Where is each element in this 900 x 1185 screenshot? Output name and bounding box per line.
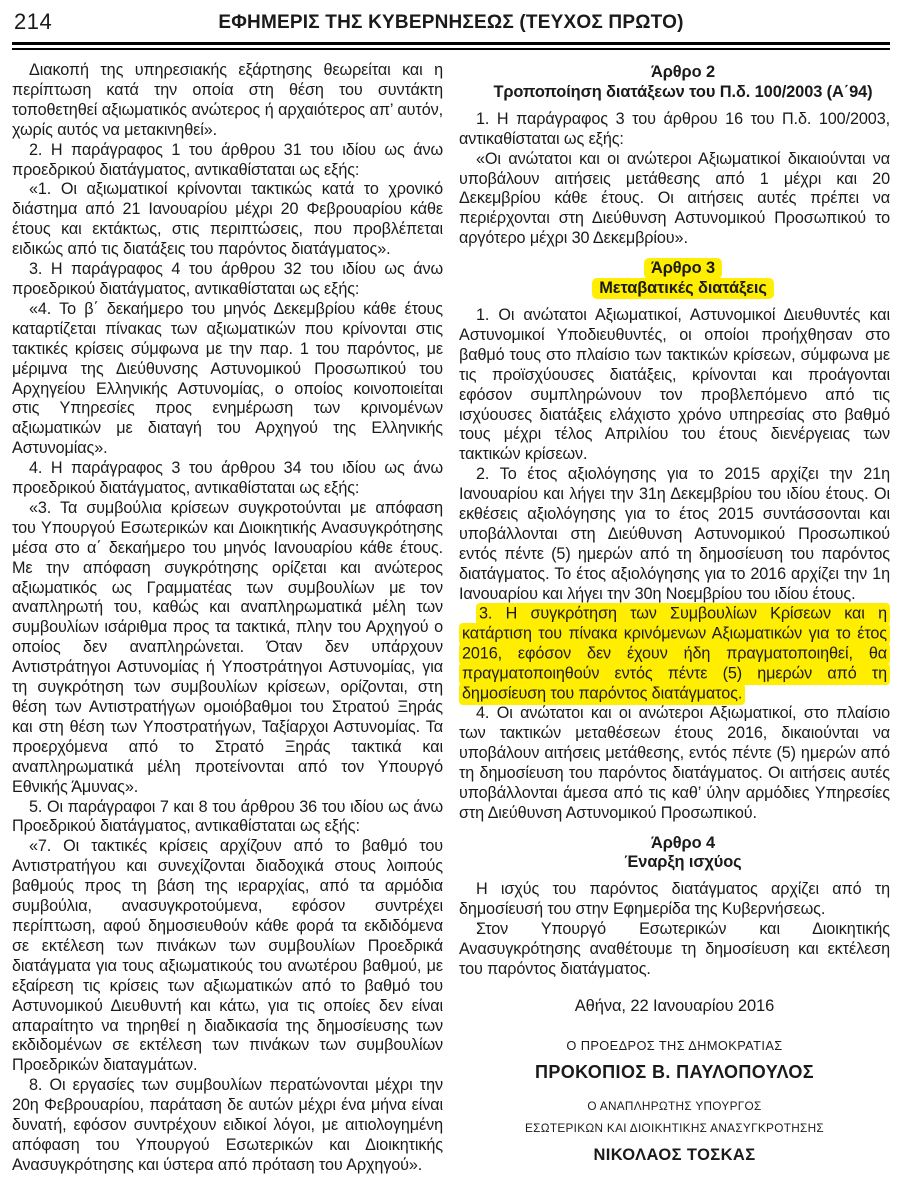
two-column-body: Διακοπή της υπηρεσιακής εξάρτησης θεωρεί… (12, 61, 890, 1176)
article-3-heading: Άρθρο 3 Μεταβατικές διατάξεις (459, 249, 890, 306)
left-column: Διακοπή της υπηρεσιακής εξάρτησης θεωρεί… (12, 61, 443, 1176)
highlighted-text: Άρθρο 3 (644, 258, 722, 279)
masthead-title: ΕΦΗΜΕΡΙΣ ΤΗΣ ΚΥΒΕΡΝΗΣΕΩΣ (ΤΕΥΧΟΣ ΠΡΩΤΟ) (12, 6, 890, 34)
minister-name: ΝΙΚΟΛΑΟΣ ΤΟΣΚΑΣ (459, 1146, 890, 1166)
paragraph: «4. Το β΄ δεκαήμερο του μηνός Δεκεμβρίου… (12, 300, 443, 459)
article-2-subtitle: Τροποποίηση διατάξεων του Π.δ. 100/2003 … (459, 83, 890, 110)
paragraph: «Οι ανώτατοι και οι ανώτεροι Αξιωματικοί… (459, 150, 890, 250)
minister-role-line2: ΕΣΩΤΕΡΙΚΩΝ ΚΑΙ ΔΙΟΙΚΗΤΙΚΗΣ ΑΝΑΣΥΓΚΡΟΤΗΣΗ… (459, 1119, 890, 1139)
masthead-divider (12, 42, 890, 50)
paragraph: 4. Οι ανώτατοι και οι ανώτεροι Αξιωματικ… (459, 704, 890, 823)
article-4-heading: Άρθρο 4 Έναρξη ισχύος (459, 824, 890, 881)
paragraph: Διακοπή της υπηρεσιακής εξάρτησης θεωρεί… (12, 61, 443, 141)
dateline: Αθήνα, 22 Ιανουαρίου 2016 (459, 997, 890, 1017)
article-4-title: Άρθρο 4 (459, 824, 890, 854)
article-2-title: Άρθρο 2 (459, 61, 890, 83)
masthead: 214 ΕΦΗΜΕΡΙΣ ΤΗΣ ΚΥΒΕΡΝΗΣΕΩΣ (ΤΕΥΧΟΣ ΠΡΩ… (12, 6, 890, 38)
spacer (459, 1083, 890, 1095)
paragraph: 5. Οι παράγραφοι 7 και 8 του άρθρου 36 τ… (12, 798, 443, 838)
paragraph: 2. Το έτος αξιολόγησης για το 2015 αρχίζ… (459, 465, 890, 604)
paragraph: «7. Οι τακτικές κρίσεις αρχίζουν από το … (12, 837, 443, 1076)
paragraph: «1. Οι αξιωματικοί κρίνονται τακτικώς κα… (12, 180, 443, 260)
gazette-page: 214 ΕΦΗΜΕΡΙΣ ΤΗΣ ΚΥΒΕΡΝΗΣΕΩΣ (ΤΕΥΧΟΣ ΠΡΩ… (0, 0, 900, 1185)
highlighted-text: Μεταβατικές διατάξεις (592, 278, 774, 299)
minister-role-line1: Ο ΑΝΑΠΛΗΡΩΤΗΣ ΥΠΟΥΡΓΟΣ (459, 1097, 890, 1117)
right-column: Άρθρο 2 Τροποποίηση διατάξεων του Π.δ. 1… (459, 61, 890, 1176)
paragraph: Στον Υπουργό Εσωτερικών και Διοικητικής … (459, 920, 890, 980)
article-3-title: Άρθρο 3 (459, 249, 890, 279)
article-4-subtitle: Έναρξη ισχύος (459, 853, 890, 880)
paragraph: 4. Η παράγραφος 3 του άρθρου 34 του ιδίο… (12, 459, 443, 499)
paragraph: 3. Η παράγραφος 4 του άρθρου 32 του ιδίο… (12, 260, 443, 300)
paragraph: 8. Οι εργασίες των συμβουλίων περατώνοντ… (12, 1076, 443, 1176)
page-number: 214 (14, 9, 52, 35)
highlighted-text: 3. Η συγκρότηση των Συμβουλίων Κρίσεων κ… (459, 603, 890, 705)
paragraph: 2. Η παράγραφος 1 του άρθρου 31 του ιδίο… (12, 141, 443, 181)
highlighted-paragraph: 3. Η συγκρότηση των Συμβουλίων Κρίσεων κ… (459, 605, 890, 705)
president-role: Ο ΠΡΟΕΔΡΟΣ ΤΗΣ ΔΗΜΟΚΡΑΤΙΑΣ (459, 1036, 890, 1056)
president-name: ΠΡΟΚΟΠΙΟΣ Β. ΠΑΥΛΟΠΟΥΛΟΣ (459, 1063, 890, 1083)
paragraph: «3. Τα συμβούλια κρίσεων συγκροτούνται μ… (12, 499, 443, 798)
article-3-subtitle: Μεταβατικές διατάξεις (459, 279, 890, 306)
paragraph: 1. Η παράγραφος 3 του άρθρου 16 του Π.δ.… (459, 110, 890, 150)
article-2-heading: Άρθρο 2 Τροποποίηση διατάξεων του Π.δ. 1… (459, 61, 890, 110)
paragraph: 1. Οι ανώτατοι Αξιωματικοί, Αστυνομικοί … (459, 306, 890, 465)
signature-block: Ο ΠΡΟΕΔΡΟΣ ΤΗΣ ΔΗΜΟΚΡΑΤΙΑΣ ΠΡΟΚΟΠΙΟΣ Β. … (459, 1036, 890, 1167)
paragraph: Η ισχύς του παρόντος διατάγματος αρχίζει… (459, 880, 890, 920)
